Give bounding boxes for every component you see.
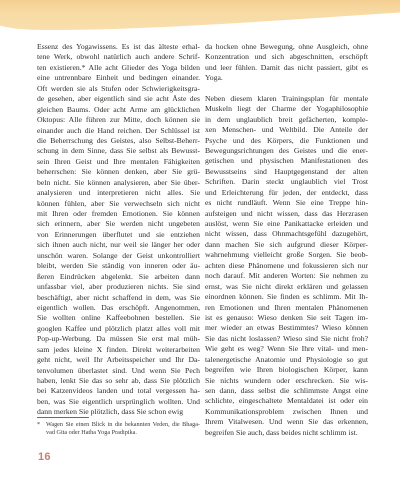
text-line: sich ihnen auch nicht, nur weil sie läng… bbox=[37, 240, 200, 250]
text-line: sam jedes kleine X finden. Direkt weiter… bbox=[37, 345, 200, 355]
text-line: ist es genauso: Wieso denken Sie seit Ta… bbox=[205, 313, 368, 323]
text-line: die Beherrschung des Geistes, also Selbs… bbox=[37, 136, 200, 146]
text-line: ren Emotionen und Ihren mentalen Phänome… bbox=[205, 303, 368, 313]
text-line: Yoga. bbox=[205, 73, 368, 83]
footnote-text: Wagen Sie einen Blick in die bekannten V… bbox=[46, 421, 200, 439]
paragraph: Neben diesem klaren Trainingsplan für me… bbox=[205, 94, 368, 438]
text-line: talenergetische Anatomie und Physiologie… bbox=[205, 355, 368, 365]
text-line: Kommunikationsproblem zwischen Ihnen und bbox=[205, 407, 368, 417]
text-line: beln nicht. Sie können analysieren, aber… bbox=[37, 178, 200, 188]
text-line: schlichte, eingeschaltete Mentaldatei is… bbox=[205, 396, 368, 406]
text-line: Bewegungsrichtungen des Geistes und die … bbox=[205, 146, 368, 156]
text-line: bei Katzenvideos landen und total verges… bbox=[37, 386, 200, 396]
text-line: da hocken ohne Bewegung, ohne Ausgleich,… bbox=[205, 42, 368, 52]
text-line: schung in dem Sinne, dass Sie selbst als… bbox=[37, 146, 200, 156]
paragraph: da hocken ohne Bewegung, ohne Ausgleich,… bbox=[205, 42, 368, 84]
text-line: geht nicht, weil Ihr Arbeitsspeicher und… bbox=[37, 355, 200, 365]
text-line: Oft werden sie als Stufen oder Schwierig… bbox=[37, 84, 200, 94]
text-line: Ihrem Vitalwesen. Und wenn Sie das erken… bbox=[205, 417, 368, 427]
text-line: aufsteigen und nicht wissen, dass das He… bbox=[205, 209, 368, 219]
text-line: mit Ihren oder fremden Emotionen. Sie kö… bbox=[37, 209, 200, 219]
text-line: einander auch die Hand reichen. Der Schl… bbox=[37, 126, 200, 136]
footnote-separator-rule bbox=[37, 417, 89, 418]
text-line: Muskeln liegt der Charme der Yogaphiloso… bbox=[205, 104, 368, 114]
text-line: es nicht rundläuft. Wenn Sie eine Treppe… bbox=[205, 198, 368, 208]
text-line: beherrschen: Sie können denken, aber Sie… bbox=[37, 167, 200, 177]
text-line: sich erinnern, aber Sie werden nicht ung… bbox=[37, 219, 200, 229]
text-line: Schriften. Darin steckt unglaublich viel… bbox=[205, 177, 368, 187]
text-line: dann machen Sie sich aufgrund dieser Kör… bbox=[205, 240, 368, 250]
text-line: tenvolumen überlastet sind. Und wenn Sie… bbox=[37, 366, 200, 376]
book-page: Essenz des Yogawissens. Es ist das ältes… bbox=[0, 0, 400, 500]
text-line: und Erleichterung für jeden, der entdeck… bbox=[205, 188, 368, 198]
text-line: Neben diesem klaren Trainingsplan für me… bbox=[205, 94, 368, 104]
text-line: begreifen wie Ihren biologischen Körper,… bbox=[205, 365, 368, 375]
text-line: gleichen Baums. Oder acht Arme am glückl… bbox=[37, 105, 200, 115]
left-text-column: Essenz des Yogawissens. Es ist das ältes… bbox=[37, 42, 200, 418]
text-line: xen Menschen- und Weltbild. Die Anteile … bbox=[205, 125, 368, 135]
text-line: Essenz des Yogawissens. Es ist das ältes… bbox=[37, 42, 200, 52]
text-line: de gesehen, aber eigentlich sind sie ach… bbox=[37, 94, 200, 104]
text-line: vad Gita oder Hatha Yoga Pradipika. bbox=[46, 429, 200, 438]
text-line: Konzentration und sich abgeschnitten, er… bbox=[205, 52, 368, 62]
page-number: 16 bbox=[38, 451, 51, 463]
decorative-header-band bbox=[0, 0, 400, 34]
text-line: getischen und physischen Manifestationen… bbox=[205, 156, 368, 166]
text-line: in dem unglaublich breit gefächerten, ko… bbox=[205, 115, 368, 125]
text-line: beschäftigt, aber nicht schaffend in dem… bbox=[37, 293, 200, 303]
text-line: Sie nichts wundern oder erschrecken. Sie… bbox=[205, 376, 368, 386]
text-line: ten existieren.* Alle acht Glieder des Y… bbox=[37, 63, 200, 73]
text-line: sein Ihren Geist und Ihre mentalen Fähig… bbox=[37, 157, 200, 167]
text-line: unfassbar viel, aber produzieren nichts.… bbox=[37, 282, 200, 292]
text-line: mer wieder an etwas Bestimmtes? Wieso kö… bbox=[205, 323, 368, 333]
text-line: können fühlen, aber Sie verwechseln sich… bbox=[37, 199, 200, 209]
text-line: bleibt, werden Sie ständig von inneren o… bbox=[37, 261, 200, 271]
text-line: Sie wollten online Kaffeebohnen bestelle… bbox=[37, 313, 200, 323]
text-line: ßeren Eindrücken abgelenkt. Sie arbeiten… bbox=[37, 272, 200, 282]
text-line: Psyche und des Körpers, die Funktionen u… bbox=[205, 136, 368, 146]
text-line: Bewusstseins sind Hauptgegenstand der al… bbox=[205, 167, 368, 177]
text-line: nicht wissen, dass Ohnmachtsgefühl dazug… bbox=[205, 229, 368, 239]
paragraph: Essenz des Yogawissens. Es ist das ältes… bbox=[37, 42, 200, 418]
text-line: analysieren und interpretieren nicht all… bbox=[37, 188, 200, 198]
text-line: einordnen können. Sie finden es schlimm.… bbox=[205, 292, 368, 302]
text-line: noch darauf. Mit anderen Worten: Sie neh… bbox=[205, 271, 368, 281]
right-text-column: da hocken ohne Bewegung, ohne Ausgleich,… bbox=[205, 42, 368, 438]
text-line: eine untrennbare Einheit und bedingen ei… bbox=[37, 73, 200, 83]
footnote: * Wagen Sie einen Blick in die bekannten… bbox=[37, 417, 200, 438]
text-line: Wie geht es weg? Wenn Sie Ihre vital- un… bbox=[205, 344, 368, 354]
text-line: haben, lenkt Sie das so sehr ab, dass Si… bbox=[37, 376, 200, 386]
text-line: ben, was Sie eigentlich ursprünglich wol… bbox=[37, 397, 200, 407]
text-line: googlen Kaffee und plötzlich platzt alle… bbox=[37, 324, 200, 334]
text-line: Wagen Sie einen Blick in die bekannten V… bbox=[46, 421, 200, 430]
text-line: tene Werk, obwohl natürlich auch andere … bbox=[37, 52, 200, 62]
footnote-marker: * bbox=[37, 421, 40, 430]
text-line: begreifen Sie auch, dass beides nicht sc… bbox=[205, 428, 368, 438]
text-line: Sie das nicht loslassen? Wieso sind Sie … bbox=[205, 334, 368, 344]
text-line: Oktopus: Alle führen zur Mitte, doch kön… bbox=[37, 115, 200, 125]
text-line: ernst, was Sie nicht direkt erklären und… bbox=[205, 282, 368, 292]
footnote-body: * Wagen Sie einen Blick in die bekannten… bbox=[37, 421, 200, 439]
text-line: unschön waren. Solange der Geist unkontr… bbox=[37, 251, 200, 261]
text-line: sen dann, dass selbst die schlimmste Ang… bbox=[205, 386, 368, 396]
text-line: von Erinnerungen überflutet und sie entz… bbox=[37, 230, 200, 240]
text-line: und leer fühlen. Damit das nicht passier… bbox=[205, 63, 368, 73]
text-line: auslöst, wenn Sie eine Panikattacke erle… bbox=[205, 219, 368, 229]
text-line: achten diese Phänomene und fokussieren s… bbox=[205, 261, 368, 271]
text-line: eigentlich wollen. Das erschöpft. Angeno… bbox=[37, 303, 200, 313]
text-line: Pop-up-Werbung. Da müssen Sie erst mal m… bbox=[37, 334, 200, 344]
text-line: wahrnehmung vielleicht große Sorgen. Sie… bbox=[205, 250, 368, 260]
